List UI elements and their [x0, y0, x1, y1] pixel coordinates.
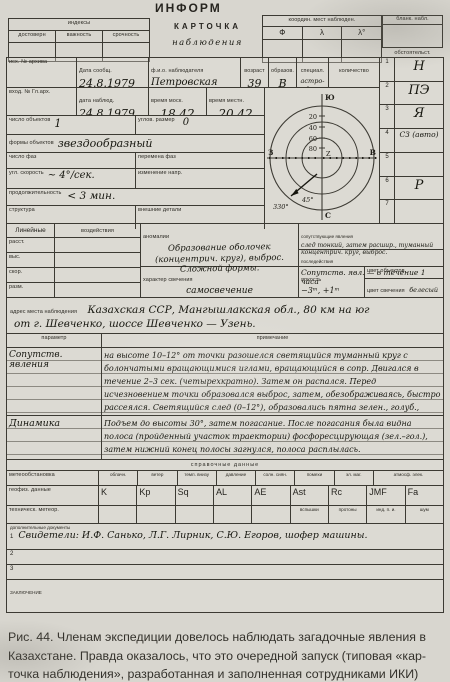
effects-cell-3: [55, 268, 140, 283]
sky-chart-svg: 20 40 60 80 Ю З В С Z 330° 45°: [265, 88, 379, 224]
coords-title: координ. мест наблюден.: [263, 16, 381, 26]
phase-count-field: число фаз: [7, 153, 136, 168]
specialty-value: астро-физ.: [299, 77, 326, 87]
external-details-field: внешние детали: [136, 206, 264, 229]
circ-value-4: СЗ (авто): [395, 129, 443, 152]
circ-num-2: 2: [380, 82, 395, 105]
caption-line-3: точка наблюдения», разработанная и запол…: [8, 665, 446, 682]
age-label: возраст: [244, 68, 264, 74]
zenith-label: Z: [326, 150, 331, 158]
tick-60: 60: [309, 135, 317, 143]
effects-cell-4: [55, 283, 140, 297]
note-row-dynamics: Подъем до высоты 30°, затем погасание. П…: [102, 416, 443, 459]
geo-index-al: AL: [214, 486, 252, 505]
direction-north-label: С: [325, 211, 331, 220]
circ-num-5: 5: [380, 153, 395, 176]
obs-date-label: дата наблюд.: [79, 98, 114, 104]
anomalies-label: аномалии: [143, 234, 169, 240]
note-header: примечание: [102, 334, 443, 347]
circ-value-1: Н: [395, 58, 443, 81]
figure-caption: Рис. 44. Членам экспедиции довелось набл…: [8, 628, 446, 682]
glow-value: самосвечение: [143, 286, 296, 296]
circ-value-5: [395, 153, 443, 176]
meteo-col-clouds: облачн.: [99, 471, 138, 485]
index-col-urgency: срочность: [103, 31, 149, 42]
tick-40: 40: [309, 124, 317, 132]
meteo-col-pressure: давление: [217, 471, 256, 485]
address-line1: Казахская ССР, Мангышлакская обл., 80 км…: [88, 304, 370, 316]
specialty-label: специал.: [301, 68, 325, 74]
tech-cell-3: [176, 506, 214, 523]
linear-section: Линейные расст. выс. скор. разм. воздейс…: [7, 224, 443, 298]
index-col-reliability: достоверн: [9, 31, 56, 42]
blank-number-box: бланк. набл.: [382, 15, 443, 48]
meteo-col-temp: темп. внизу: [178, 471, 217, 485]
archive-number-field: исх. № архива: [7, 58, 77, 87]
tech-col-flares: вспышки: [291, 506, 329, 523]
org-title: ИНФОРМ: [155, 1, 222, 15]
document-num-2: 2: [10, 551, 13, 563]
duration-value: < 3 мин.: [67, 190, 115, 204]
scanned-observation-card-page: ИНФОРМ индексы достоверн важность срочно…: [0, 0, 450, 682]
linear-row-distance: расст.: [7, 238, 54, 253]
time-msk-value: 18.42: [151, 107, 204, 115]
index-col-importance: важность: [56, 31, 103, 42]
params-table: параметр примечание Сопутств. явления на…: [7, 334, 443, 460]
tick-20: 20: [309, 113, 317, 121]
object-shape-label: формы объектов: [9, 140, 54, 146]
main-band: исх. № архива Дата сообщ. 24.8.1979 ф.и.…: [7, 58, 443, 224]
tech-cell-5: [252, 506, 290, 523]
observation-form: исх. № архива Дата сообщ. 24.8.1979 ф.и.…: [6, 57, 444, 613]
param-row-dynamics: Динамика: [7, 416, 102, 459]
blank-label: бланк. набл.: [383, 16, 442, 25]
geo-index-jmf: JMF: [367, 486, 405, 505]
coords-col-lambda-deg: λ°: [342, 27, 381, 39]
indexes-title: индексы: [9, 19, 149, 30]
circumstances-label: обстоятельст.: [382, 50, 443, 56]
linear-row-size: разм.: [7, 283, 54, 297]
duration-label: продолжительность: [9, 190, 61, 204]
coordinates-table: координ. мест наблюден. Ф λ λ°: [262, 15, 382, 63]
geo-index-ast: Ast: [291, 486, 329, 505]
object-color-field: цвет объектов: [365, 267, 443, 279]
circ-value-7: [395, 200, 443, 223]
direction-south-label: Ю: [325, 93, 335, 102]
card-title: КАРТОЧКА наблюдения: [165, 22, 250, 48]
anomalies-value: Образование оболочек (концентрич. круг),…: [143, 242, 297, 277]
coords-col-phi: Ф: [263, 27, 303, 39]
address-section: адрес места наблюдения Казахская ССР, Ма…: [7, 298, 443, 334]
tech-cell-1: [99, 506, 137, 523]
meteo-col-interference: помехи: [295, 471, 334, 485]
address-label: адрес места наблюдения: [10, 309, 77, 315]
geo-index-kp: Kp: [137, 486, 175, 505]
document-num-1: 1: [10, 534, 13, 540]
observer-name-label: ф.и.о. наблюдателя: [151, 68, 203, 74]
documents-section: дополнительные документы 1 Свидетели: И.…: [7, 524, 443, 614]
azimuth-annotation: 330°: [273, 203, 289, 211]
object-count-label: число объектов: [9, 117, 50, 133]
linear-row-height: выс.: [7, 253, 54, 268]
address-line2: от г. Шевченко, шоссе Шевченко — Узень.: [10, 318, 440, 330]
geo-index-rc: Rc: [329, 486, 367, 505]
indexes-table: индексы достоверн важность срочность: [8, 18, 150, 62]
conclusion-label: заключение: [10, 590, 42, 595]
tech-col-protons: протоны: [329, 506, 367, 523]
document-num-3: 3: [10, 566, 13, 578]
glow-label: характер свечения: [143, 277, 193, 283]
circ-num-7: 7: [380, 200, 395, 223]
circ-value-2: ПЭ: [395, 82, 443, 105]
education-label: образов.: [271, 68, 294, 74]
reference-title: справочные данные: [7, 460, 443, 471]
sky-chart: 20 40 60 80 Ю З В С Z 330° 45°: [265, 88, 379, 229]
circ-num-6: 6: [380, 177, 395, 200]
report-date-label: Дата сообщ.: [79, 68, 112, 74]
time-local-value: 20.42: [209, 107, 262, 115]
card-title-line2: наблюдения: [165, 38, 250, 48]
tech-cell-2: [137, 506, 175, 523]
note-row-accompanying: на высоте 10–12° от точки разошелся свет…: [102, 348, 443, 415]
meteo-label: метеообстановка: [7, 471, 99, 485]
glow-color-value: белесый: [409, 286, 438, 294]
meteo-col-wind: ветер: [138, 471, 177, 485]
param-header: параметр: [7, 334, 102, 347]
obs-date-value: 24.8.1979: [79, 107, 146, 115]
angular-size-label: углов. размер: [138, 117, 175, 133]
elevation-annotation: 45°: [301, 196, 314, 204]
circ-num-1: 1: [380, 58, 395, 81]
angular-size-value: 0: [183, 117, 189, 133]
caption-line-2: Казахстане. Правда оказалось, что это оч…: [8, 647, 446, 666]
geo-index-sq: Sq: [176, 486, 214, 505]
education-value: В: [271, 77, 294, 87]
linear-row-speed: скор.: [7, 268, 54, 283]
geo-index-fa: Fa: [406, 486, 443, 505]
direction-east-label: В: [370, 148, 376, 157]
phase-change-field: перемена фаз: [136, 153, 264, 168]
direction-west-label: З: [268, 148, 273, 157]
circ-value-6: Р: [395, 177, 443, 200]
report-date-value: 24.8.1979: [79, 77, 146, 87]
brightness-value: −3ᵐ, +1ᵐ: [301, 286, 362, 295]
witness-count-label: количество свидет.: [339, 68, 369, 87]
object-shape-value: звездообразный: [58, 137, 153, 150]
meteo-col-atmo: атмосф. элек.: [374, 471, 443, 485]
tick-80: 80: [309, 145, 317, 153]
accompanying-label: сопутствующие явления: [301, 234, 353, 239]
coords-col-lambda: λ: [303, 27, 343, 39]
object-count-value: 1: [54, 117, 61, 133]
caption-line-1: Рис. 44. Членам экспедиции довелось набл…: [8, 628, 446, 647]
meteo-col-elmag: эл. маг.: [335, 471, 374, 485]
structure-field: структура: [7, 206, 136, 229]
effects-cell-2: [55, 253, 140, 268]
effects-cell-1: [55, 238, 140, 253]
glow-color-label: цвет свечения: [367, 288, 405, 294]
aftereffects-label: последействия: [301, 259, 333, 264]
document-text-1: Свидетели: И.Ф. Санько, Л.Г. Лирник, С.Ю…: [18, 530, 367, 541]
tech-col-ind: инд. п. и.: [367, 506, 405, 523]
time-local-label: время местн.: [209, 98, 244, 104]
angular-speed-label: угл. скорость: [9, 170, 44, 187]
observer-name-value: Петровская И.Г.: [151, 77, 238, 87]
time-msk-label: время моск.: [151, 98, 183, 104]
tech-col-noise: шум: [406, 506, 443, 523]
circ-value-3: Я: [395, 105, 443, 128]
geo-index-k: K: [99, 486, 137, 505]
tech-cell-4: [214, 506, 252, 523]
circ-num-3: 3: [380, 105, 395, 128]
meteo-col-sun: солн. сиян.: [256, 471, 295, 485]
angular-speed-value: ~ 4°/сек.: [48, 170, 95, 187]
param-row-accompanying: Сопутств. явления: [7, 348, 102, 415]
circ-num-4: 4: [380, 129, 395, 152]
geo-index-ae: AE: [252, 486, 290, 505]
age-value: 39: [243, 77, 266, 87]
direction-change-field: изменение напр.: [136, 169, 264, 188]
inbox-number-field: вход. № Гл.арх.: [7, 88, 77, 115]
tech-label: техническ. метеор.: [7, 506, 99, 523]
reference-section: справочные данные метеообстановка облачн…: [7, 460, 443, 524]
circumstances-column: 1Н 2ПЭ 3Я 4СЗ (авто) 5 6Р 7: [379, 58, 443, 223]
brightness-label: яркость: [301, 277, 321, 283]
card-title-line1: КАРТОЧКА: [165, 22, 250, 31]
geo-label: геофиз. данные: [7, 486, 99, 505]
